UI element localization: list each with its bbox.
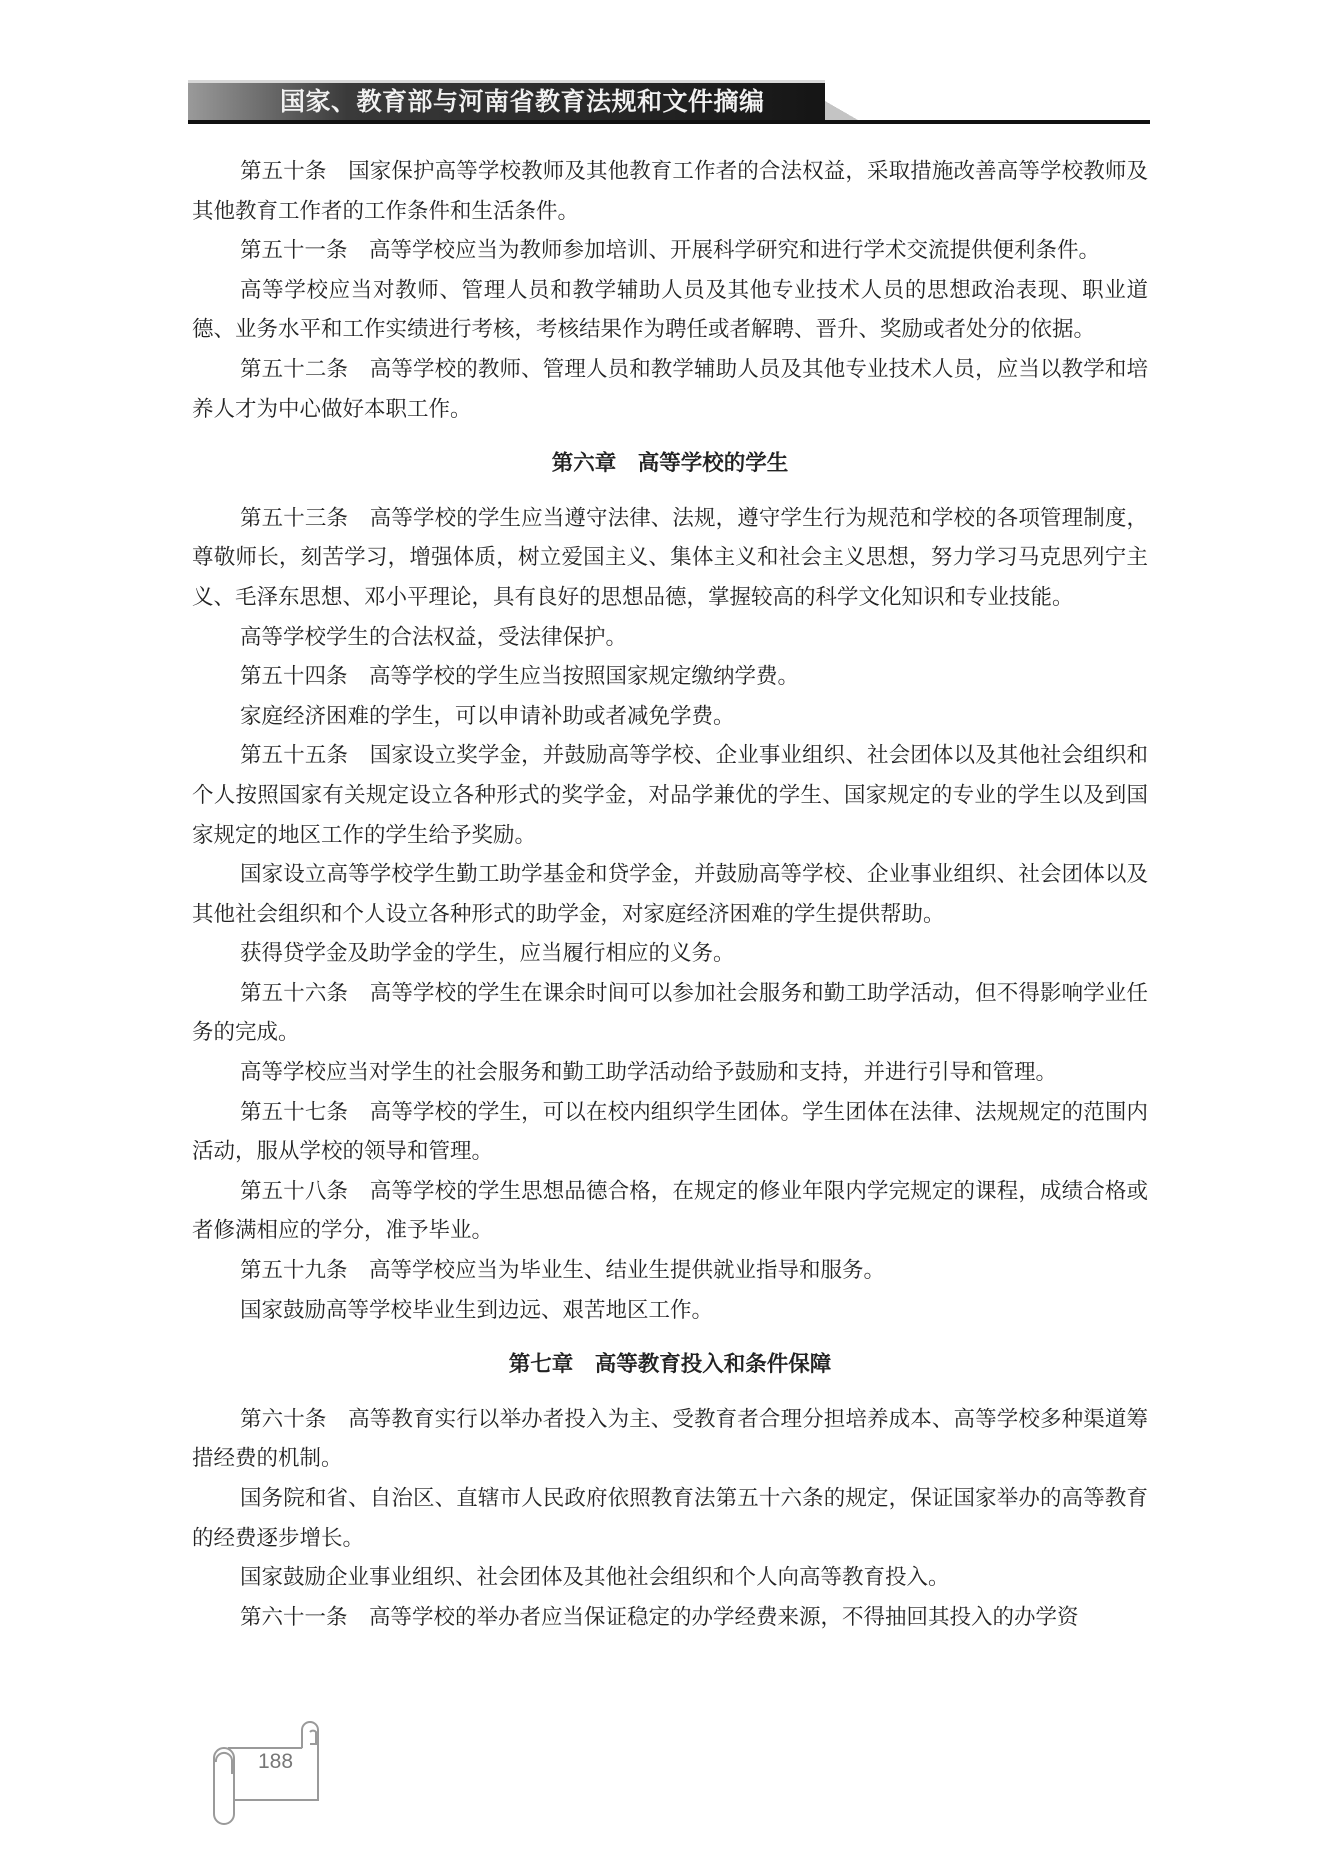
header-corner-triangle [825,101,858,120]
paragraph-article-50: 第五十条 国家保护高等学校教师及其他教育工作者的合法权益，采取措施改善高等学校教… [192,152,1148,231]
paragraph-article-52: 第五十二条 高等学校的教师、管理人员和教学辅助人员及其他专业技术人员，应当以教学… [192,350,1148,429]
paragraph: 家庭经济困难的学生，可以申请补助或者减免学费。 [192,697,1148,737]
page-body: 第五十条 国家保护高等学校教师及其他教育工作者的合法权益，采取措施改善高等学校教… [192,152,1148,1637]
paragraph: 高等学校应当对教师、管理人员和教学辅助人员及其他专业技术人员的思想政治表现、职业… [192,271,1148,350]
page-number-badge: 188 [206,1718,336,1830]
paragraph-article-51: 第五十一条 高等学校应当为教师参加培训、开展科学研究和进行学术交流提供便利条件。 [192,231,1148,271]
running-header-title: 国家、教育部与河南省教育法规和文件摘编 [280,85,765,118]
paragraph-article-61: 第六十一条 高等学校的举办者应当保证稳定的办学经费来源，不得抽回其投入的办学资 [192,1598,1148,1638]
paragraph: 高等学校学生的合法权益，受法律保护。 [192,618,1148,658]
chapter-heading-7: 第七章 高等教育投入和条件保障 [192,1345,1148,1385]
paragraph: 国家鼓励高等学校毕业生到边远、艰苦地区工作。 [192,1291,1148,1331]
paragraph-article-56: 第五十六条 高等学校的学生在课余时间可以参加社会服务和勤工助学活动，但不得影响学… [192,974,1148,1053]
paragraph-article-55: 第五十五条 国家设立奖学金，并鼓励高等学校、企业事业组织、社会团体以及其他社会组… [192,736,1148,855]
scroll-icon [206,1718,336,1830]
chapter-heading-6: 第六章 高等学校的学生 [192,444,1148,484]
paragraph: 获得贷学金及助学金的学生，应当履行相应的义务。 [192,934,1148,974]
paragraph-article-59: 第五十九条 高等学校应当为毕业生、结业生提供就业指导和服务。 [192,1251,1148,1291]
paragraph-article-60: 第六十条 高等教育实行以举办者投入为主、受教育者合理分担培养成本、高等学校多种渠… [192,1400,1148,1479]
paragraph: 国家设立高等学校学生勤工助学基金和贷学金，并鼓励高等学校、企业事业组织、社会团体… [192,855,1148,934]
paragraph: 国务院和省、自治区、直辖市人民政府依照教育法第五十六条的规定，保证国家举办的高等… [192,1479,1148,1558]
paragraph-article-54: 第五十四条 高等学校的学生应当按照国家规定缴纳学费。 [192,657,1148,697]
paragraph-article-53: 第五十三条 高等学校的学生应当遵守法律、法规，遵守学生行为规范和学校的各项管理制… [192,499,1148,618]
paragraph: 国家鼓励企业事业组织、社会团体及其他社会组织和个人向高等教育投入。 [192,1558,1148,1598]
paragraph: 高等学校应当对学生的社会服务和勤工助学活动给予鼓励和支持，并进行引导和管理。 [192,1053,1148,1093]
page-number: 188 [258,1750,293,1774]
running-header-bar: 国家、教育部与河南省教育法规和文件摘编 [188,83,825,120]
paragraph-article-57: 第五十七条 高等学校的学生，可以在校内组织学生团体。学生团体在法律、法规规定的范… [192,1093,1148,1172]
paragraph-article-58: 第五十八条 高等学校的学生思想品德合格，在规定的修业年限内学完规定的课程，成绩合… [192,1172,1148,1251]
header-rule [188,120,1150,124]
